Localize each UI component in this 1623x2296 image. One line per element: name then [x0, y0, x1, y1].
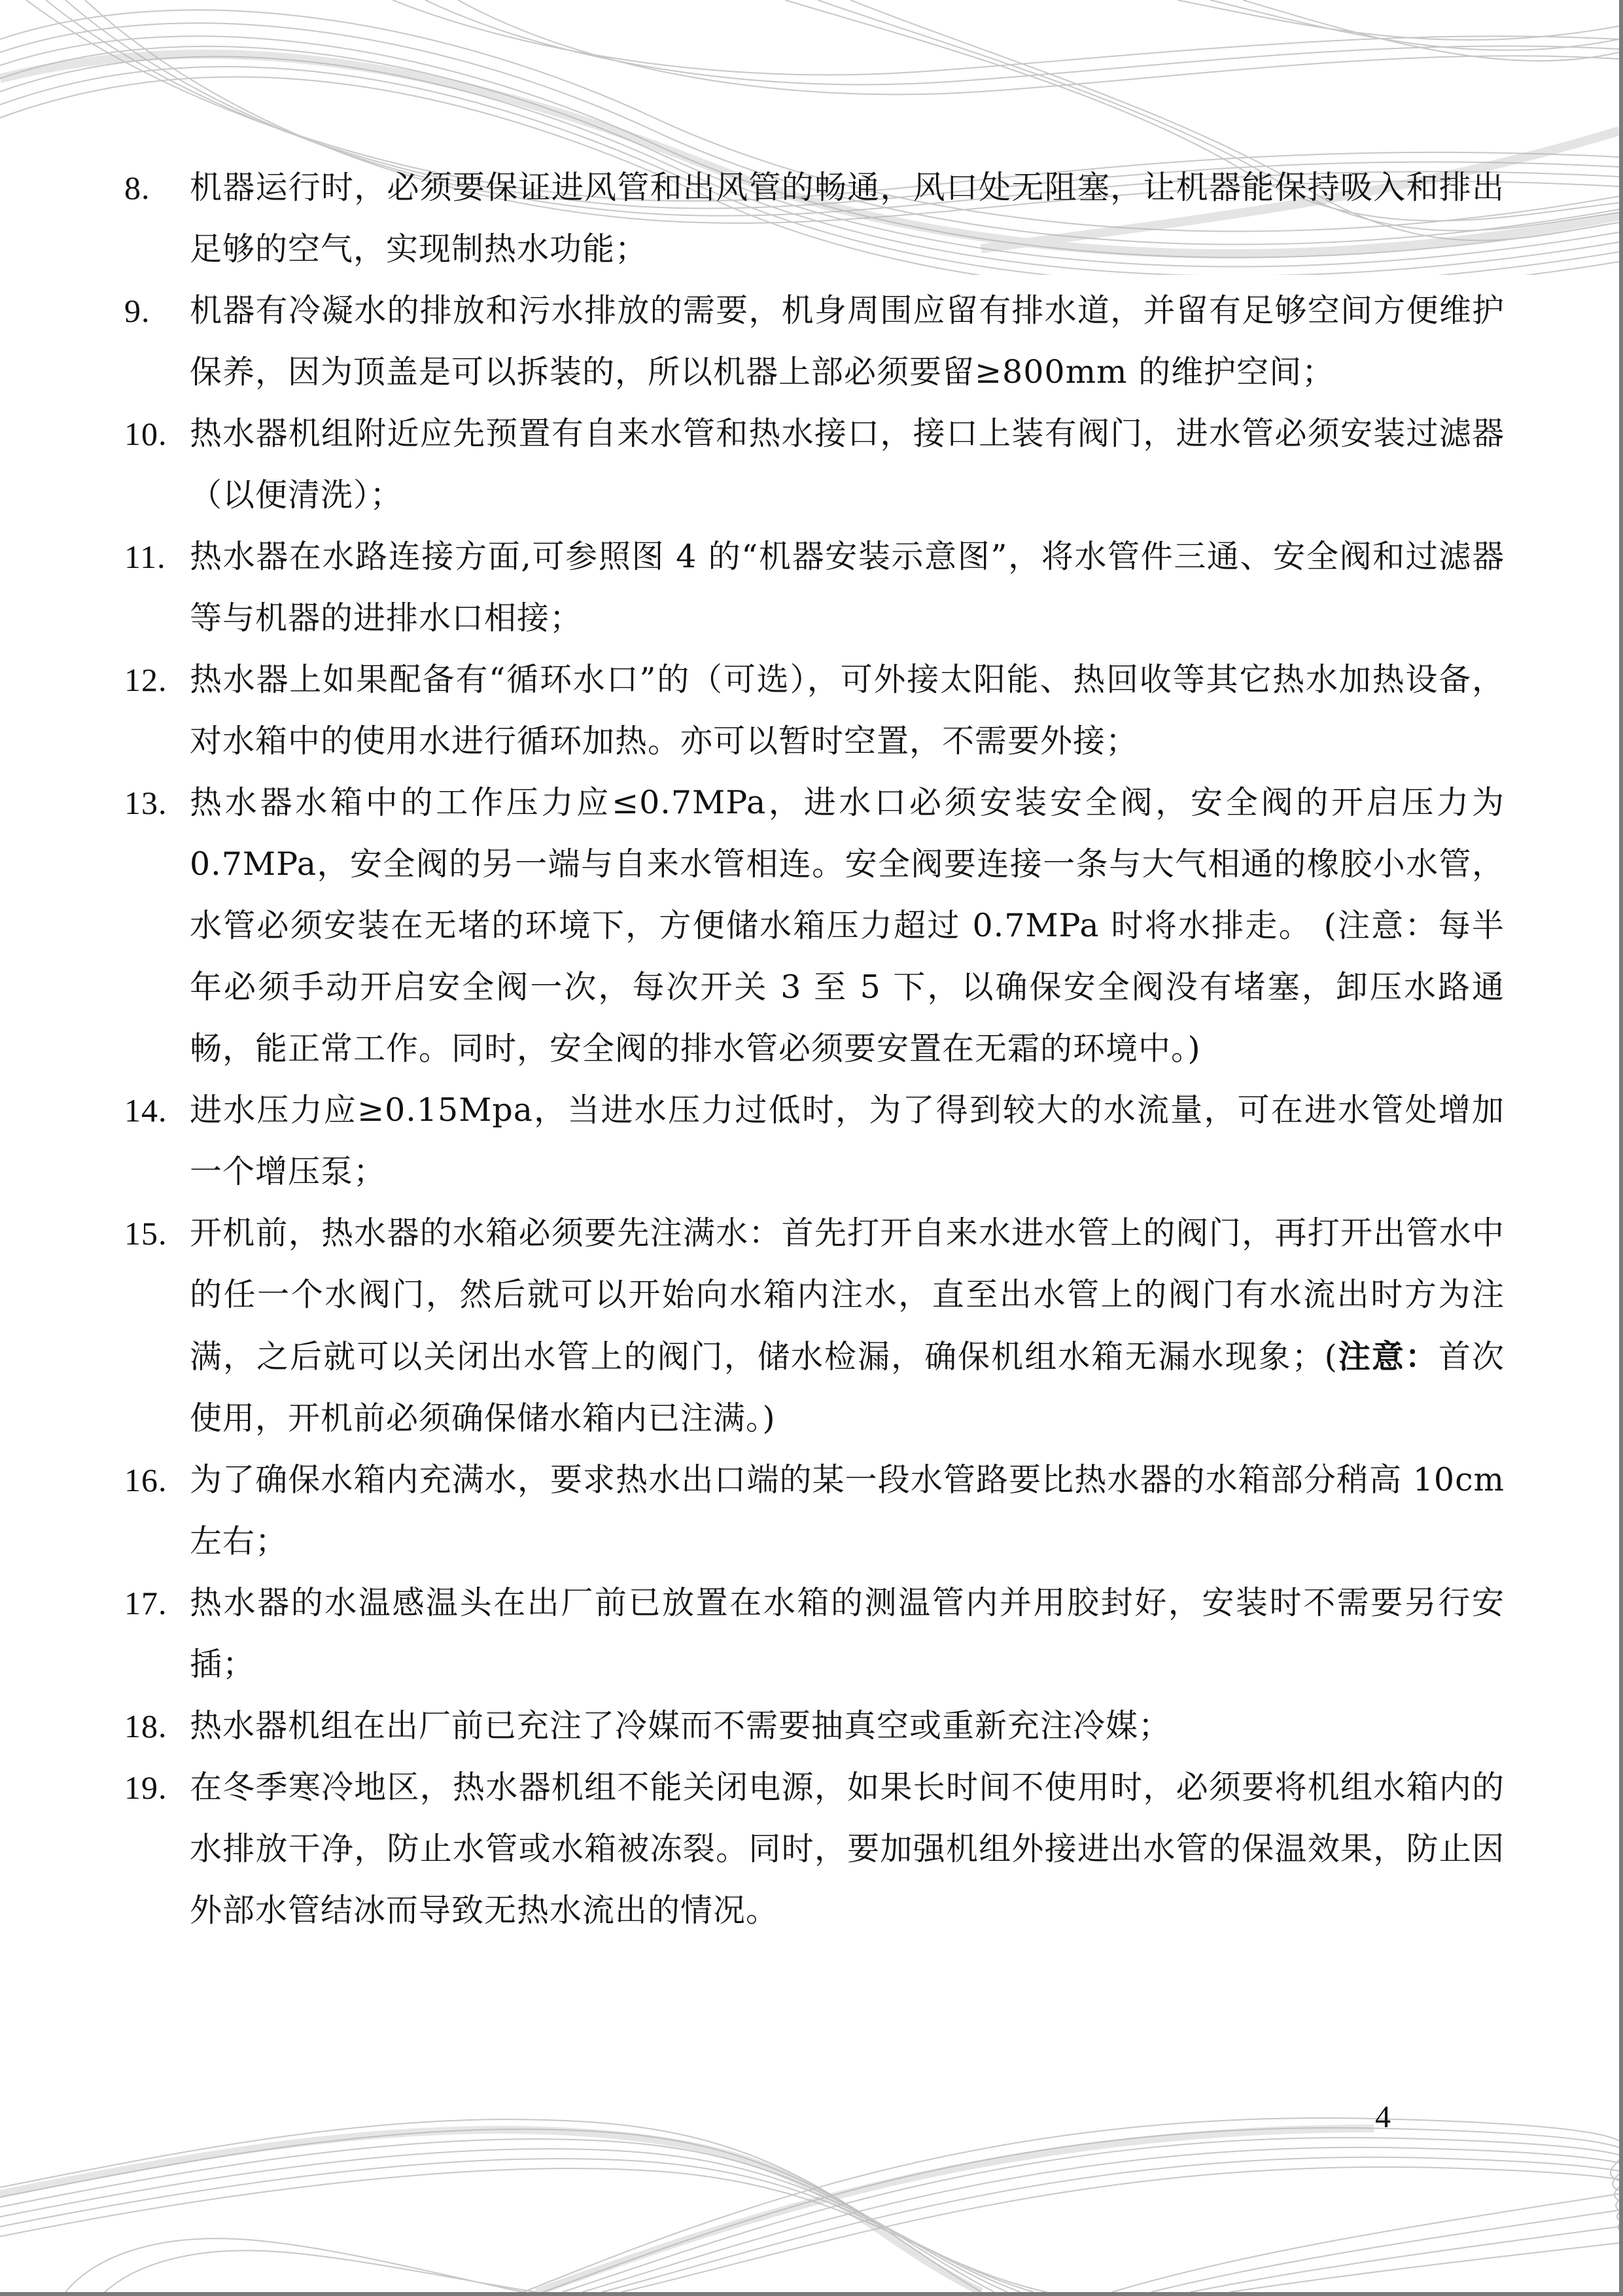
- item-number: 17.: [124, 1572, 190, 1634]
- page-number: 4: [1375, 2099, 1391, 2135]
- list-item-9: 9. 机器有冷凝水的排放和污水排放的需要，机身周围应留有排水道，并留有足够空间方…: [124, 280, 1505, 403]
- item-number: 11.: [124, 526, 190, 588]
- instruction-list: 8. 机器运行时，必须要保证进风管和出风管的畅通，风口处无阻塞，让机器能保持吸入…: [124, 157, 1505, 1941]
- item-number: 19.: [124, 1757, 190, 1818]
- item-text: 机器运行时，必须要保证进风管和出风管的畅通，风口处无阻塞，让机器能保持吸入和排出…: [190, 169, 1505, 268]
- list-item-14: 14. 进水压力应≥0.15Mpa，当进水压力过低时，为了得到较大的水流量，可在…: [124, 1080, 1505, 1203]
- item-text: 在冬季寒冷地区，热水器机组不能关闭电源，如果长时间不使用时，必须要将机组水箱内的…: [190, 1769, 1505, 1929]
- item-text: 机器有冷凝水的排放和污水排放的需要，机身周围应留有排水道，并留有足够空间方便维护…: [190, 292, 1505, 391]
- item-number: 12.: [124, 649, 190, 711]
- item-number: 15.: [124, 1203, 190, 1264]
- item-number: 14.: [124, 1080, 190, 1141]
- list-item-19: 19. 在冬季寒冷地区，热水器机组不能关闭电源，如果长时间不使用时，必须要将机组…: [124, 1757, 1505, 1941]
- item-number: 13.: [124, 772, 190, 834]
- item-number: 8.: [124, 157, 190, 219]
- item-number: 9.: [124, 280, 190, 342]
- item-text: 热水器机组附近应先预置有自来水管和热水接口，接口上装有阀门，进水管必须安装过滤器…: [190, 415, 1505, 514]
- item-text: 为了确保水箱内充满水，要求热水出口端的某一段水管路要比热水器的水箱部分稍高 10…: [190, 1461, 1505, 1560]
- item-text: 热水器水箱中的工作压力应≤0.7MPa，进水口必须安装安全阀，安全阀的开启压力为…: [190, 784, 1505, 1067]
- list-item-18: 18. 热水器机组在出厂前已充注了冷媒而不需要抽真空或重新充注冷媒；: [124, 1695, 1505, 1757]
- list-item-17: 17. 热水器的水温感温头在出厂前已放置在水箱的测温管内并用胶封好，安装时不需要…: [124, 1572, 1505, 1695]
- list-item-13: 13. 热水器水箱中的工作压力应≤0.7MPa，进水口必须安装安全阀，安全阀的开…: [124, 772, 1505, 1080]
- item-text: 开机前，热水器的水箱必须要先注满水：首先打开自来水进水管上的阀门，再打开出管水中…: [190, 1214, 1505, 1375]
- list-item-11: 11. 热水器在水路连接方面,可参照图 4 的“机器安装示意图”，将水管件三通、…: [124, 526, 1505, 649]
- list-item-8: 8. 机器运行时，必须要保证进风管和出风管的畅通，风口处无阻塞，让机器能保持吸入…: [124, 157, 1505, 280]
- item-text: 热水器的水温感温头在出厂前已放置在水箱的测温管内并用胶封好，安装时不需要另行安插…: [190, 1584, 1505, 1683]
- document-page: 8. 机器运行时，必须要保证进风管和出风管的畅通，风口处无阻塞，让机器能保持吸入…: [0, 0, 1623, 2296]
- list-item-16: 16. 为了确保水箱内充满水，要求热水出口端的某一段水管路要比热水器的水箱部分稍…: [124, 1449, 1505, 1572]
- item-number: 10.: [124, 403, 190, 465]
- note-label: 注意：: [1338, 1337, 1439, 1375]
- item-number: 18.: [124, 1695, 190, 1757]
- item-number: 16.: [124, 1449, 190, 1511]
- item-text: 热水器机组在出厂前已充注了冷媒而不需要抽真空或重新充注冷媒；: [190, 1707, 1171, 1744]
- item-text: 热水器上如果配备有“循环水口”的（可选），可外接太阳能、热回收等其它热水加热设备…: [190, 661, 1505, 760]
- list-item-10: 10. 热水器机组附近应先预置有自来水管和热水接口，接口上装有阀门，进水管必须安…: [124, 403, 1505, 526]
- item-text: 热水器在水路连接方面,可参照图 4 的“机器安装示意图”，将水管件三通、安全阀和…: [190, 538, 1505, 637]
- item-text: 进水压力应≥0.15Mpa，当进水压力过低时，为了得到较大的水流量，可在进水管处…: [190, 1091, 1505, 1190]
- list-item-15: 15. 开机前，热水器的水箱必须要先注满水：首先打开自来水进水管上的阀门，再打开…: [124, 1203, 1505, 1449]
- list-item-12: 12. 热水器上如果配备有“循环水口”的（可选），可外接太阳能、热回收等其它热水…: [124, 649, 1505, 772]
